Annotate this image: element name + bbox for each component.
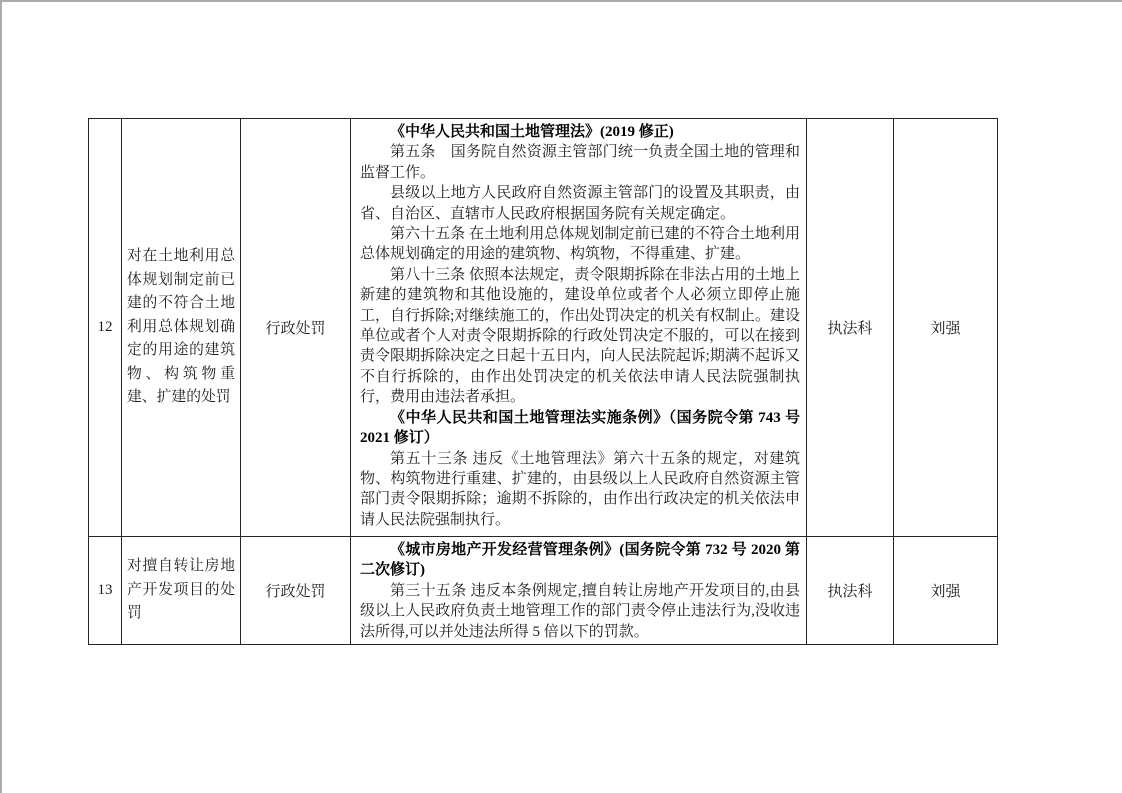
table-body: 12对在土地利用总体规划制定前已建的不符合土地利用总体规划确定的用途的建筑物、构…: [89, 119, 998, 645]
statute-heading: 《中华人民共和国土地管理法》(2019 修正): [360, 122, 800, 142]
legal-basis-cell: 《中华人民共和国土地管理法》(2019 修正)第五条 国务院自然资源主管部门统一…: [351, 119, 807, 537]
department-cell: 执法科: [807, 537, 894, 645]
item-name-cell: 对擅自转让房地产开发项目的处罚: [122, 537, 241, 645]
person-cell: 刘强: [894, 537, 998, 645]
window-edge-top: [0, 0, 1122, 2]
row-number-cell: 13: [89, 537, 122, 645]
window-edge-left: [0, 0, 2, 793]
department-cell: 执法科: [807, 119, 894, 537]
statute-paragraph: 第六十五条 在土地利用总体规划制定前已建的不符合土地利用总体规划确定的用途的建筑…: [360, 224, 800, 265]
document-page: 12对在土地利用总体规划制定前已建的不符合土地利用总体规划确定的用途的建筑物、构…: [0, 0, 1122, 793]
statute-paragraph: 第五十三条 违反《土地管理法》第六十五条的规定，对建筑物、构筑物进行重建、扩建的…: [360, 449, 800, 531]
enforcement-items-table: 12对在土地利用总体规划制定前已建的不符合土地利用总体规划确定的用途的建筑物、构…: [88, 118, 998, 645]
penalty-type-cell: 行政处罚: [241, 537, 351, 645]
legal-basis-cell: 《城市房地产开发经营管理条例》(国务院令第 732 号 2020 第二次修订)第…: [351, 537, 807, 645]
statute-paragraph: 第三十五条 违反本条例规定,擅自转让房地产开发项目的,由县级以上人民政府负责土地…: [360, 581, 800, 642]
statute-heading: 《城市房地产开发经营管理条例》(国务院令第 732 号 2020 第二次修订): [360, 540, 800, 581]
statute-paragraph: 第八十三条 依照本法规定，责令限期拆除在非法占用的土地上新建的建筑物和其他设施的…: [360, 265, 800, 408]
person-cell: 刘强: [894, 119, 998, 537]
row-number-cell: 12: [89, 119, 122, 537]
item-name-cell: 对在土地利用总体规划制定前已建的不符合土地利用总体规划确定的用途的建筑物、构筑物…: [122, 119, 241, 537]
statute-paragraph: 县级以上地方人民政府自然资源主管部门的设置及其职责，由省、自治区、直辖市人民政府…: [360, 183, 800, 224]
penalty-type-cell: 行政处罚: [241, 119, 351, 537]
table-row: 13对擅自转让房地产开发项目的处罚行政处罚《城市房地产开发经营管理条例》(国务院…: [89, 537, 998, 645]
statute-paragraph: 第五条 国务院自然资源主管部门统一负责全国土地的管理和监督工作。: [360, 142, 800, 183]
table-row: 12对在土地利用总体规划制定前已建的不符合土地利用总体规划确定的用途的建筑物、构…: [89, 119, 998, 537]
statute-heading: 《中华人民共和国土地管理法实施条例》（国务院令第 743 号 2021 修订）: [360, 408, 800, 449]
